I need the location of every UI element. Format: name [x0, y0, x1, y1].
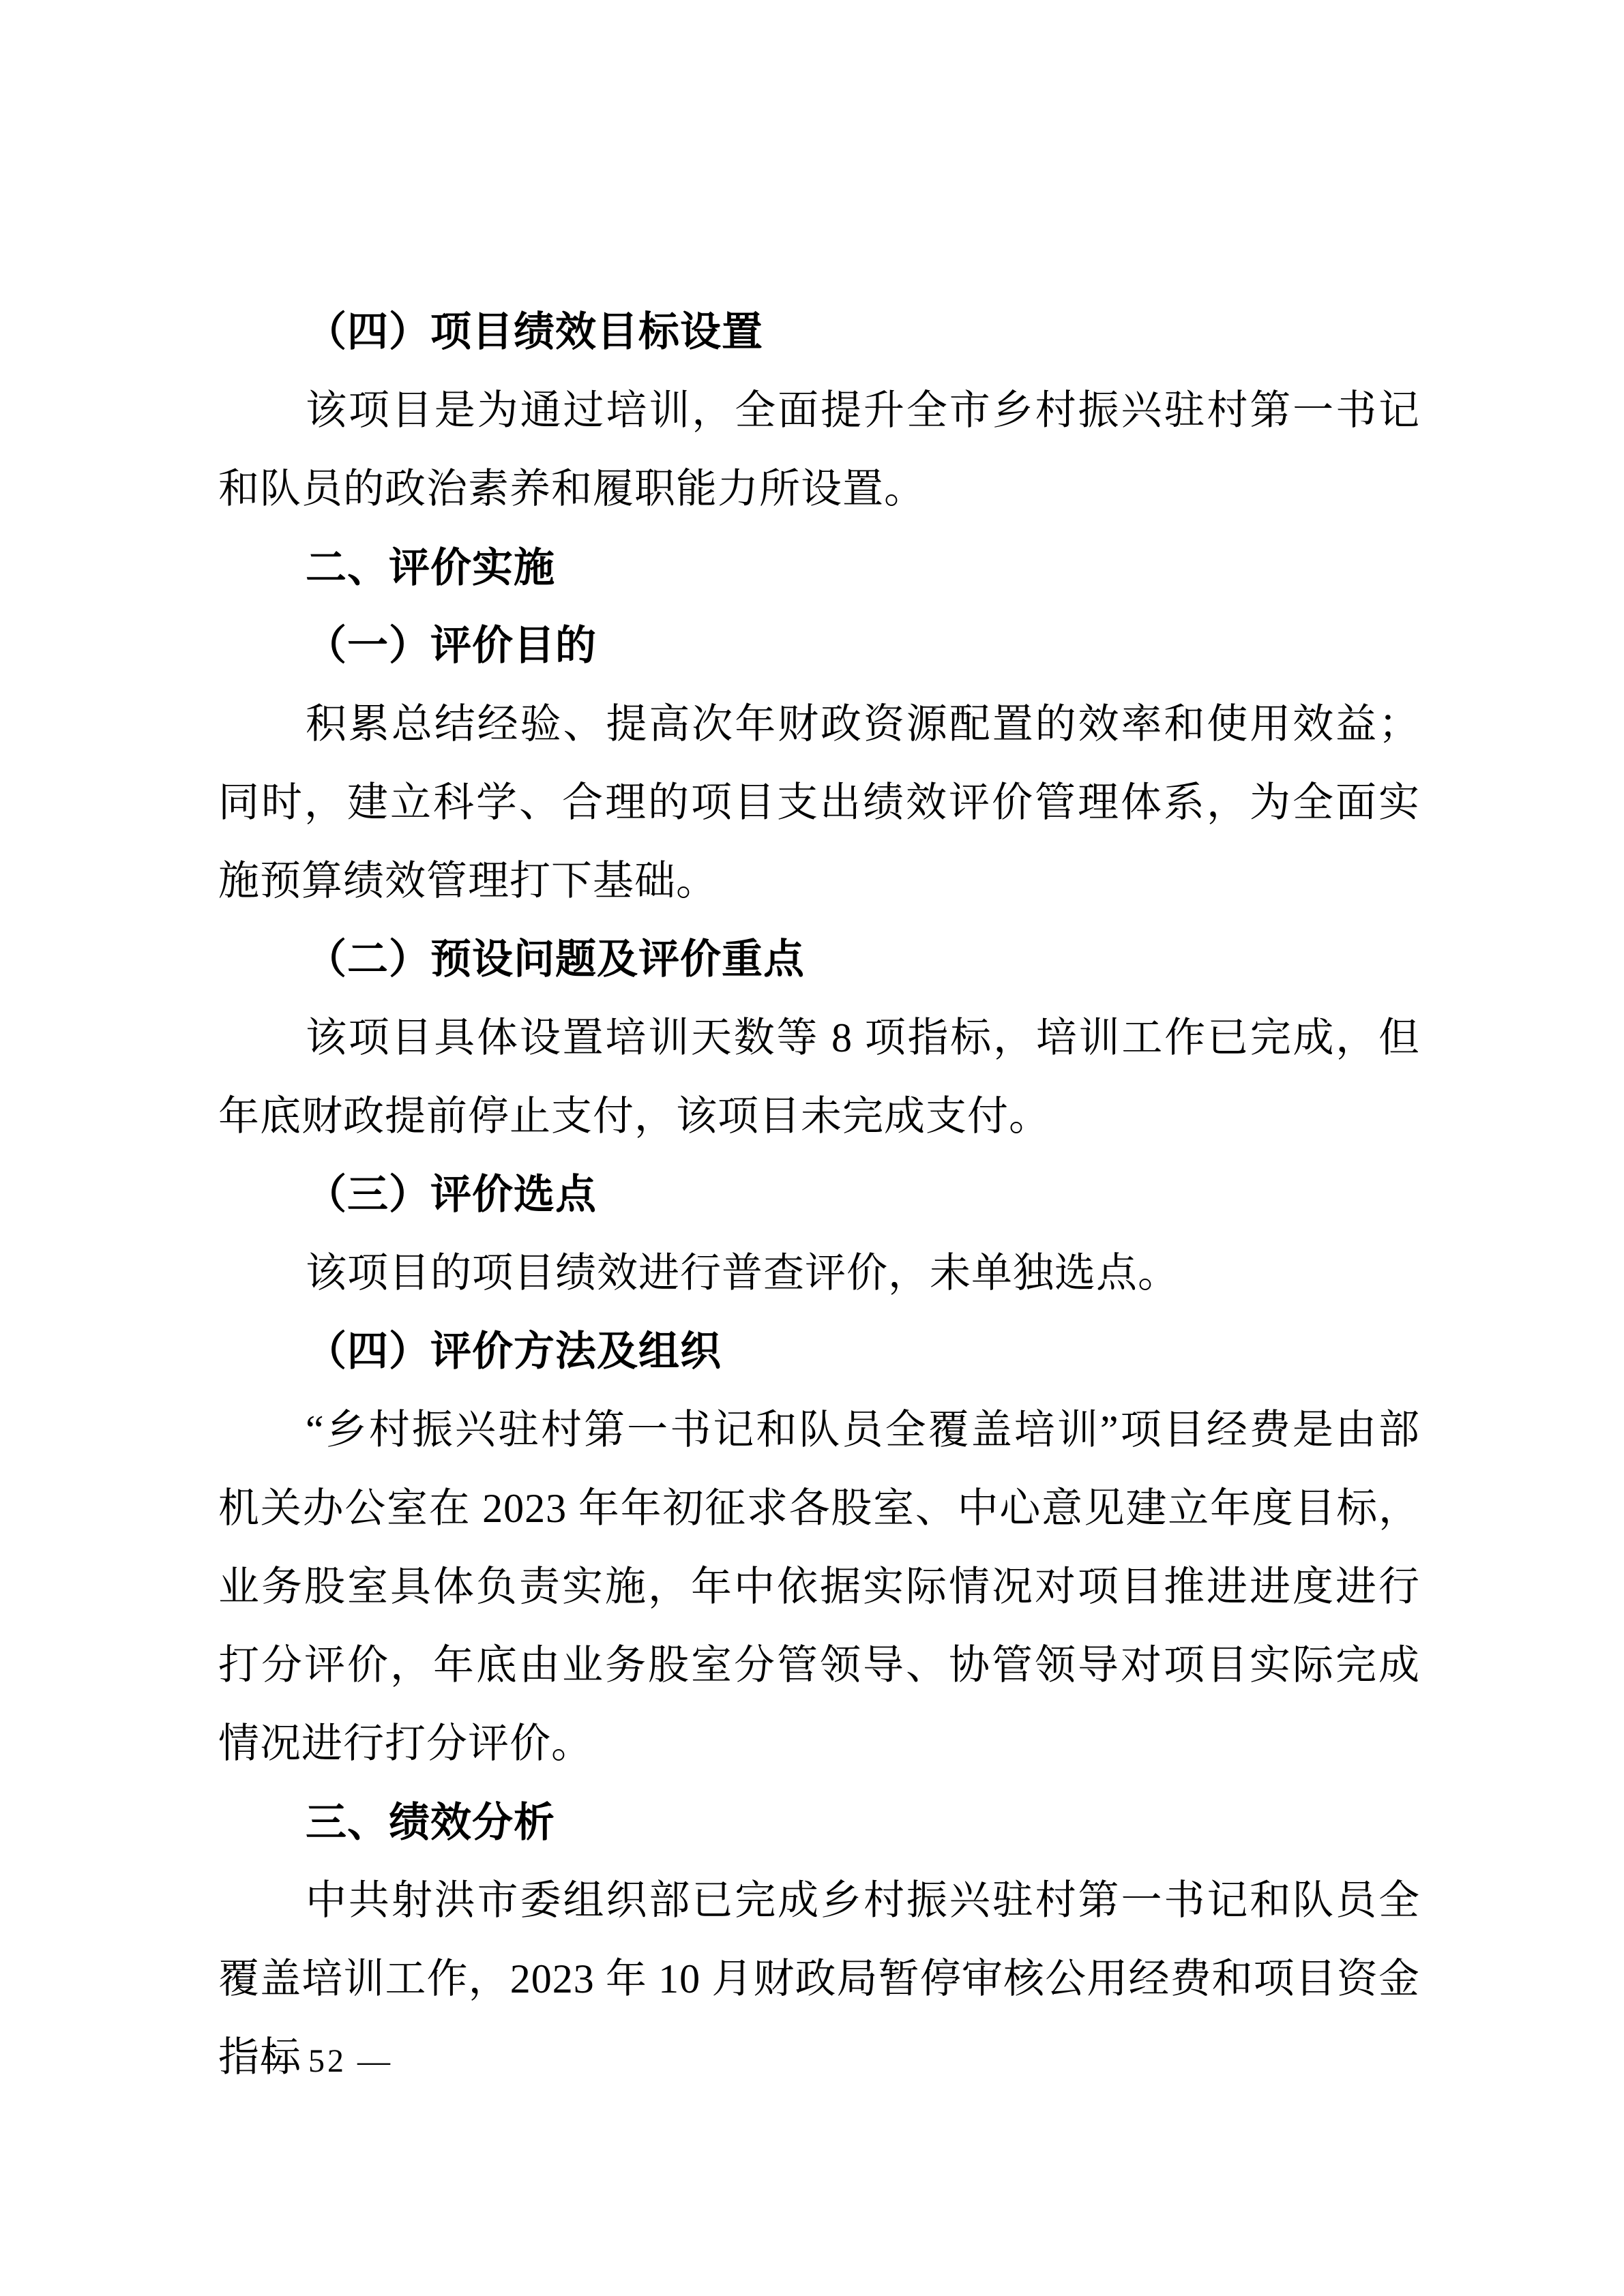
section-heading-performance-analysis: 三、绩效分析: [218, 1783, 1420, 1862]
subheading-evaluation-site-selection: （三）评价选点: [218, 1156, 1420, 1234]
page-number: — 52 —: [262, 2041, 393, 2082]
document-page: （四）项目绩效目标设置 该项目是为通过培训，全面提升全市乡村振兴驻村第一书记和队…: [0, 0, 1624, 2296]
paragraph-evaluation-purpose: 积累总结经验、提高次年财政资源配置的效率和使用效益；同时，建立科学、合理的项目支…: [218, 685, 1420, 921]
paragraph-goal-description: 该项目是为通过培训，全面提升全市乡村振兴驻村第一书记和队员的政治素养和履职能力所…: [218, 372, 1420, 528]
subheading-preset-questions: （二）预设问题及评价重点: [218, 921, 1420, 999]
document-body: （四）项目绩效目标设置 该项目是为通过培训，全面提升全市乡村振兴驻村第一书记和队…: [218, 293, 1420, 2097]
subheading-evaluation-method: （四）评价方法及组织: [218, 1313, 1420, 1391]
section-heading-evaluation-implementation: 二、评价实施: [218, 528, 1420, 607]
subheading-evaluation-purpose: （一）评价目的: [218, 607, 1420, 685]
paragraph-preset-questions: 该项目具体设置培训天数等 8 项指标，培训工作已完成，但年底财政提前停止支付，该…: [218, 999, 1420, 1156]
paragraph-evaluation-method: “乡村振兴驻村第一书记和队员全覆盖培训”项目经费是由部机关办公室在 2023 年…: [218, 1391, 1420, 1783]
paragraph-evaluation-site-selection: 该项目的项目绩效进行普查评价，未单独选点。: [218, 1234, 1420, 1313]
paragraph-performance-analysis: 中共射洪市委组织部已完成乡村振兴驻村第一书记和队员全覆盖培训工作，2023 年 …: [218, 1862, 1420, 2097]
subheading-project-performance-goal: （四）项目绩效目标设置: [218, 293, 1420, 372]
